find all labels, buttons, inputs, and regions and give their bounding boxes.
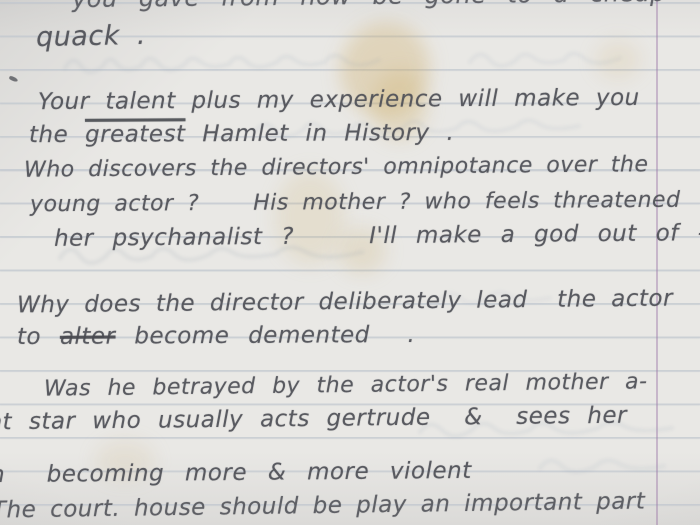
handwritten-line-was-he-betrayed: Was he betrayed by the actor's real moth… [44,369,648,402]
crossed-out-word: alter [60,324,116,350]
paper-stain [595,40,641,80]
notebook-page: you gave from now be gone to a cheap qua… [0,0,700,525]
handwritten-line-young-actor: young actor ? His mother ? who feels thr… [30,188,681,218]
handwritten-line-psychanalist: her psychanalist ? I'll make a god out o… [54,220,700,252]
stray-pencil-mark [9,75,19,82]
line-post: Hamlet in History . [185,120,454,147]
handwritten-line-why-does: Why does the director deliberately lead … [17,286,673,319]
handwritten-line-top-cutoff: you gave from now be gone to a cheap [72,0,666,14]
handwritten-line-becoming-violent: n becoming more & more violent [0,458,472,489]
handwritten-line-talent: Your talent plus my experience will make… [38,85,640,116]
handwritten-line-court-house: The court. house should be play an impor… [0,488,645,524]
handwritten-line-at-star: at star who usually acts gertrude & sees… [0,403,627,436]
handwritten-line-who-discovers: Who discovers the directors' omnipotance… [24,152,649,183]
right-margin-line [656,0,658,525]
handwritten-line-quack: quack . [36,20,147,53]
handwritten-line-greatest-hamlet: the greatest Hamlet in History . [29,120,454,149]
overlined-word: greatest [85,121,186,148]
line-post: become demented . [115,322,415,350]
line-pre: the [29,122,85,148]
paper-stain [275,170,345,265]
line-pre: to [17,324,60,350]
handwritten-line-become-demented: to alter become demented . [17,322,415,351]
